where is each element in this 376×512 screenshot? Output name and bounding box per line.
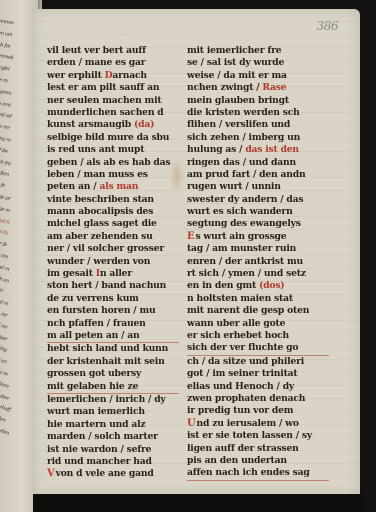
rubric-text: das ist den (245, 144, 299, 155)
line-text: vil leut ver bert auff (47, 45, 146, 56)
manuscript-line: die kristen werden sch (187, 107, 329, 119)
manuscript-line: grossen got ubersy (47, 368, 179, 380)
manuscript-line: hie martern und alz (47, 419, 179, 431)
manuscript-line: peten an / als man (47, 181, 179, 193)
line-text: mit narent die gesp oten (187, 305, 309, 316)
manuscript-line: en fursten horen / mu (47, 305, 179, 317)
manuscript-line: vil leut ver bert auff (47, 45, 179, 57)
manuscript-line: is red uns ant mupt (47, 144, 179, 156)
manuscript-line: m all peten an / an (47, 330, 179, 343)
line-text: selbige bild mure da sbu (47, 132, 169, 143)
line-text: marden / solch marter (47, 431, 158, 442)
manuscript-line: wurt man iemerlich (47, 406, 179, 418)
manuscript-line: mit gelaben hie ze (47, 381, 179, 394)
manuscript-line: Es wurt ain grossge (187, 231, 329, 243)
line-text: rt sich / ymen / und setz (187, 268, 306, 279)
line-text: pis an den undertan (187, 455, 287, 466)
line-text: mann abocalipsis des (47, 206, 153, 217)
line-text: vinte beschriben stan (47, 194, 154, 205)
manuscript-line: swester dy andern / das (187, 194, 329, 206)
line-text: wer erphilt (47, 70, 105, 81)
line-text: sich der ver fluchte go (187, 342, 298, 353)
manuscript-line: munderlichen sachen d (47, 107, 179, 119)
manuscript-line: zwen prophaten denach (187, 393, 329, 405)
line-text: is red uns ant mupt (47, 144, 144, 155)
line-text: nchen zwingt / (187, 82, 262, 93)
manuscript-line: enren / der antkrist mu (187, 256, 329, 268)
line-text: rugen wurt / unnin (187, 181, 281, 192)
manuscript-line: rugen wurt / unnin (187, 181, 329, 193)
line-text: mit gelaben hie ze (47, 381, 138, 392)
rubric-text: als man (99, 181, 138, 192)
manuscript-line: elias und Henoch / dy (187, 381, 329, 393)
manuscript-line: wurt es sich wandern (187, 206, 329, 218)
text-column-left: vil leut ver bert aufferden / mane es ga… (47, 45, 179, 481)
manuscript-line: nch pfaffen / frauen (47, 318, 179, 330)
manuscript-line: nchen zwingt / Rase (187, 82, 329, 94)
line-text: hie martern und alz (47, 419, 145, 430)
manuscript-line: pis an den undertan (187, 455, 329, 467)
manuscript-line: Vvon d vele ane gand (47, 468, 179, 480)
manuscript-line: geben / als ab es hab das (47, 157, 179, 169)
manuscript-line: ch / da sitze und phileri (187, 356, 329, 368)
line-text: en in den gmt (187, 280, 259, 291)
line-text: ch / da sitze und phileri (187, 356, 304, 367)
rubric-text: (dos) (259, 280, 284, 291)
line-text: am prud fart / den andn (187, 169, 305, 180)
line-text: der kristenhait mit sein (47, 356, 165, 367)
line-text: die kristen werden sch (187, 107, 300, 118)
manuscript-line: flihen / verslifen und (187, 119, 329, 131)
manuscript-line: wer erphilt Darnach (47, 70, 179, 82)
line-text: geben / als ab es hab das (47, 157, 170, 168)
line-text: ringen das / und dann (187, 157, 296, 168)
manuscript-line: leben / man muss es (47, 169, 179, 181)
line-text: ston hert / band nachun (47, 280, 166, 291)
line-text: rid und mancher had (47, 456, 152, 467)
manuscript-line: ist er sie toten lassen / sy (187, 430, 329, 442)
manuscript-line: segtung des ewangelys (187, 218, 329, 230)
manuscript-line: im gesait In aller (47, 268, 179, 280)
line-text: ner / vil solcher grosser (47, 243, 164, 254)
line-text: er sich erhebet hoch (187, 330, 289, 341)
text-column-right: mit iemerlicher frese / sal ist dy wurde… (187, 45, 329, 481)
line-text: de zu verrens kum (47, 293, 139, 304)
line-text: munderlichen sachen d (47, 107, 164, 118)
rubricated-initial: E (187, 231, 194, 243)
manuscript-line: ligen auff der strassen (187, 443, 329, 455)
manuscript-line: lemerlichen / inrich / dy (47, 394, 179, 406)
line-text: hulung as / (187, 144, 245, 155)
line-text: segtung des ewangelys (187, 218, 301, 229)
manuscript-line: am aber zehenden su (47, 231, 179, 243)
manuscript-line: got / im seiner trinitat (187, 368, 329, 380)
line-text-after: n aller (100, 268, 132, 279)
manuscript-line: sich zehen / imberg un (187, 132, 329, 144)
line-text: hebt sich land und kunn (47, 343, 168, 354)
line-text: lest er am pilt sauff an (47, 82, 159, 93)
rubric-text: Rase (262, 82, 286, 93)
line-text: elias und Henoch / dy (187, 381, 294, 392)
line-text: peten an / (47, 181, 99, 192)
rubric-text: (da) (134, 119, 154, 130)
manuscript-line: er sich erhebet hoch (187, 330, 329, 342)
line-text: ist nie wardon / sefre (47, 444, 151, 455)
manuscript-line: rt sich / ymen / und setz (187, 268, 329, 280)
manuscript-line: erden / mane es gar (47, 57, 179, 69)
line-text-after: arnach (112, 70, 147, 81)
line-text: m all peten an / an (47, 330, 140, 341)
line-text: zwen prophaten denach (187, 393, 305, 404)
line-text: s wurt ain grossge (195, 231, 286, 242)
manuscript-line: de zu verrens kum (47, 293, 179, 305)
manuscript-line: am prud fart / den andn (187, 169, 329, 181)
line-text: leben / man muss es (47, 169, 148, 180)
manuscript-line: n holtsten maien stat (187, 293, 329, 305)
line-text: en fursten horen / mu (47, 305, 155, 316)
line-text: wunder / werden von (47, 256, 150, 267)
line-text: sich zehen / imberg un (187, 132, 300, 143)
manuscript-line: rid und mancher had (47, 456, 179, 468)
manuscript-line: sich der ver fluchte go (187, 342, 329, 355)
manuscript-line: wunder / werden von (47, 256, 179, 268)
line-text: n holtsten maien stat (187, 293, 293, 304)
manuscript-line: ringen das / und dann (187, 157, 329, 169)
manuscript-line: mit iemerlicher fre (187, 45, 329, 57)
line-text: weise / da mit er ma (187, 70, 287, 81)
manuscript-line: lest er am pilt sauff an (47, 82, 179, 94)
line-text: tag / am munster ruin (187, 243, 296, 254)
line-text: nd zu ierusalem / wo (197, 418, 299, 429)
recto-page: 386 vil leut ver bert aufferden / mane e… (33, 9, 360, 497)
line-text: wurt es sich wandern (187, 206, 293, 217)
line-text: erden / mane es gar (47, 57, 145, 68)
manuscript-line: ner / vil solcher grosser (47, 243, 179, 255)
manuscript-line: vinte beschriben stan (47, 194, 179, 206)
line-text: von d vele ane gand (56, 468, 154, 479)
manuscript-line: se / sal ist dy wurde (187, 57, 329, 69)
line-text: enren / der antkrist mu (187, 256, 303, 267)
manuscript-line: michel glass saget die (47, 218, 179, 230)
rubricated-initial: V (47, 468, 55, 480)
line-text: grossen got ubersy (47, 368, 141, 379)
line-text: michel glass saget die (47, 218, 157, 229)
manuscript-line: der kristenhait mit sein (47, 356, 179, 368)
line-text: wurt man iemerlich (47, 406, 145, 417)
manuscript-line: en in den gmt (dos) (187, 280, 329, 292)
manuscript-line: marden / solch marter (47, 431, 179, 443)
line-text: ner seulen machen mit (47, 95, 161, 106)
line-text: ist er sie toten lassen / sy (187, 430, 312, 441)
line-text: lemerlichen / inrich / dy (47, 394, 166, 405)
rubricated-initial: U (187, 418, 196, 430)
manuscript-line: kunst arsmaugib (da) (47, 119, 179, 131)
manuscript-line: mann abocalipsis des (47, 206, 179, 218)
line-text: se / sal ist dy wurde (187, 57, 284, 68)
manuscript-line: hebt sich land und kunn (47, 343, 179, 355)
line-text: im gesait (47, 268, 96, 279)
manuscript-line: weise / da mit er ma (187, 70, 329, 82)
line-text: got / im seiner trinitat (187, 368, 297, 379)
manuscript-line: mein glauben bringt (187, 95, 329, 107)
manuscript-line: wann uber alle gote (187, 318, 329, 330)
line-text: flihen / verslifen und (187, 119, 290, 130)
folio-number: 386 (317, 19, 338, 33)
manuscript-line: ston hert / band nachun (47, 280, 179, 292)
line-text: ir predig tun vor dem (187, 405, 293, 416)
manuscript-line: tag / am munster ruin (187, 243, 329, 255)
line-text: ligen auff der strassen (187, 443, 299, 454)
line-text: kunst arsmaugib (47, 119, 134, 130)
background-shadow (33, 494, 363, 512)
line-text: nch pfaffen / frauen (47, 318, 146, 329)
manuscript-line: mit narent die gesp oten (187, 305, 329, 317)
manuscript-line: ir predig tun vor dem (187, 405, 329, 417)
manuscript-line: ner seulen machen mit (47, 95, 179, 107)
line-text: mein glauben bringt (187, 95, 289, 106)
manuscript-line: ist nie wardon / sefre (47, 444, 179, 456)
line-text: am aber zehenden su (47, 231, 153, 242)
line-text: affen nach ich endes sag (187, 467, 310, 478)
line-text: mit iemerlicher fre (187, 45, 281, 56)
line-text: wann uber alle gote (187, 318, 285, 329)
manuscript-line: selbige bild mure da sbu (47, 132, 179, 144)
manuscript-line: Und zu ierusalem / wo (187, 418, 329, 430)
manuscript-line: hulung as / das ist den (187, 144, 329, 156)
line-text: swester dy andern / das (187, 194, 303, 205)
manuscript-line: affen nach ich endes sag (187, 467, 329, 480)
